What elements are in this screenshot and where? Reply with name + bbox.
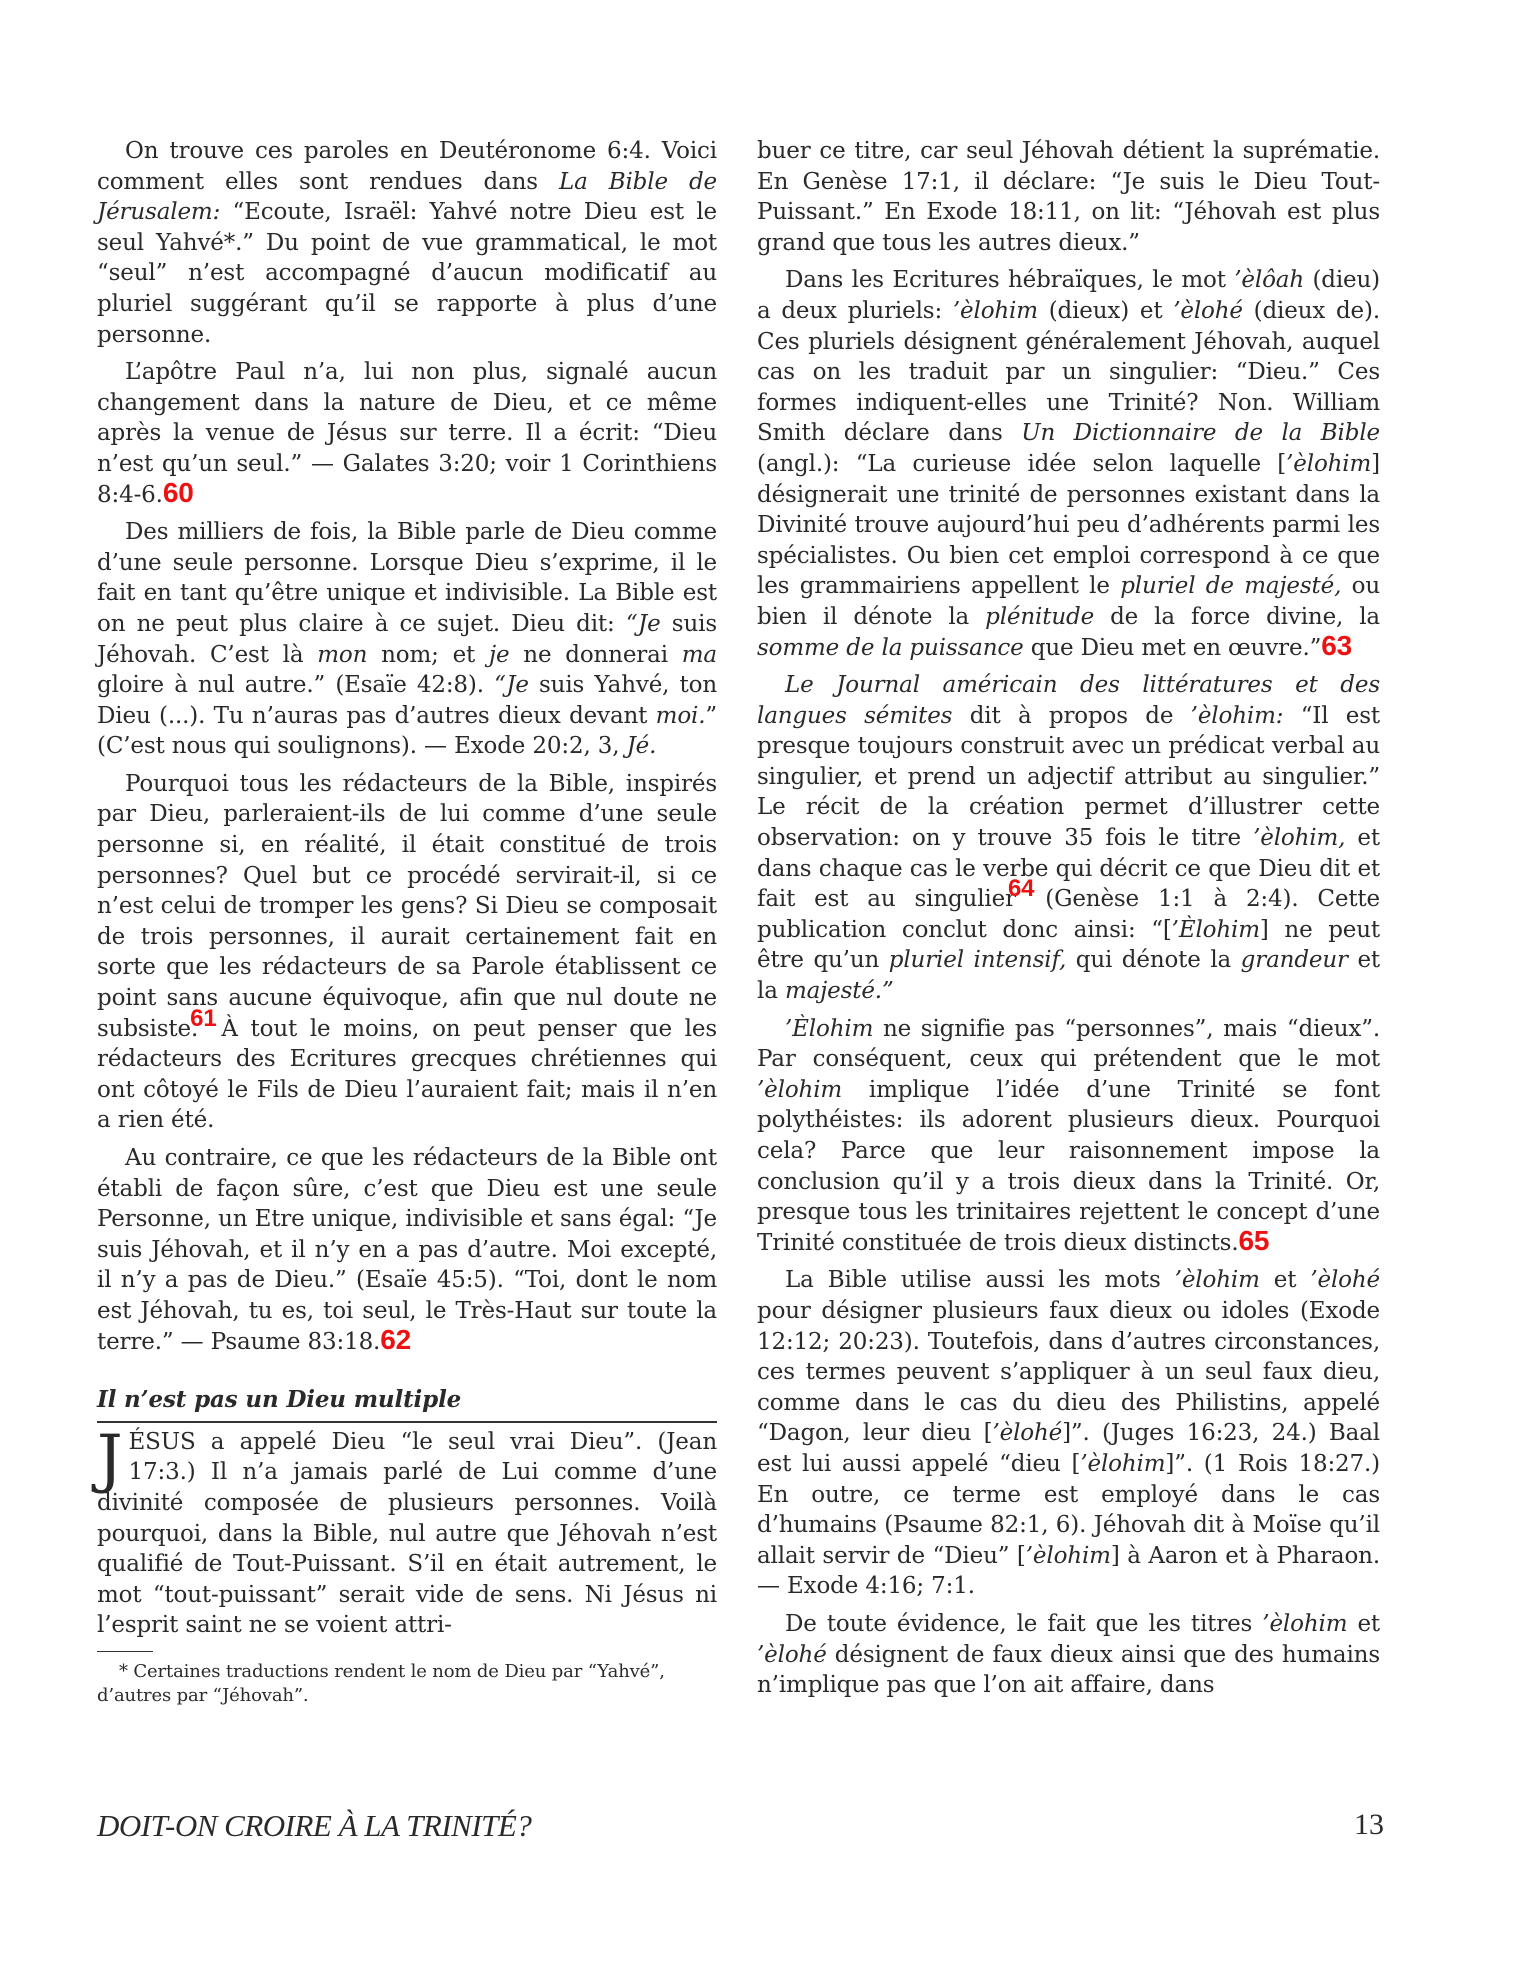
hebrew-term: ’èlôah <box>1234 267 1304 293</box>
annotation-marker: 64 <box>1008 875 1034 902</box>
book-title: Un Dictionnaire de la Bible <box>1021 420 1380 446</box>
text: dit à propos de <box>952 703 1190 729</box>
paragraph: Des milliers de fois, la Bible parle de … <box>97 517 717 762</box>
annotation-marker: 60 <box>163 477 194 508</box>
annotation-marker: 65 <box>1238 1225 1269 1256</box>
text: De toute évidence, le fait que les titre… <box>785 1611 1262 1637</box>
hebrew-term: ’èlohé <box>757 1642 827 1668</box>
hebrew-term: ’èlohim <box>1262 1611 1347 1637</box>
right-column: buer ce titre, car seul Jéhovah détient … <box>757 136 1380 1708</box>
text: nom; et <box>367 642 489 668</box>
annotation-marker: 61 <box>190 1005 216 1032</box>
page-number: 13 <box>1354 1808 1384 1842</box>
text: qui dénote la <box>1066 947 1241 973</box>
paragraph: De toute évidence, le fait que les titre… <box>757 1609 1380 1701</box>
text: et <box>1260 1267 1311 1293</box>
text: Des milliers de fois, la Bible parle de … <box>97 519 717 637</box>
hebrew-term: ’èlohim <box>1026 1543 1111 1569</box>
hebrew-term: ’èlohim <box>1080 1451 1165 1477</box>
emphasis: somme de la puissance <box>757 635 1024 661</box>
emphasis: mon <box>317 642 367 668</box>
footnote: * Certaines traductions rendent le nom d… <box>97 1660 717 1708</box>
text: buer ce titre, car seul Jéhovah détient … <box>757 138 1380 256</box>
paragraph: JÉSUS a appelé Dieu “le seul vrai Dieu”.… <box>97 1427 717 1641</box>
text: Dans les Ecritures hébraïques, le mot <box>785 267 1234 293</box>
emphasis: majesté.” <box>785 978 894 1004</box>
running-footer-title: DOIT-ON CROIRE À LA TRINITÉ? <box>97 1808 531 1844</box>
emphasis: pluriel intensif, <box>889 947 1066 973</box>
emphasis: moi. <box>656 703 706 729</box>
footnote-divider <box>97 1651 153 1652</box>
text: La Bible utilise aussi les mots <box>785 1267 1175 1293</box>
emphasis: plénitude <box>985 604 1094 630</box>
paragraph: buer ce titre, car seul Jéhovah détient … <box>757 136 1380 258</box>
text: ne donnerai <box>509 642 681 668</box>
hebrew-term: ’èlohim <box>1286 451 1371 477</box>
hebrew-term: ’èlohim <box>1175 1267 1260 1293</box>
hebrew-term: ’èlohé <box>1173 298 1243 324</box>
emphasis: grandeur <box>1241 947 1348 973</box>
paragraph: La Bible utilise aussi les mots ’èlohim … <box>757 1265 1380 1602</box>
text: de la force divine, la <box>1094 604 1380 630</box>
drop-cap: J <box>97 1433 123 1485</box>
emphasis: je <box>489 642 509 668</box>
annotation-marker: 62 <box>380 1324 411 1355</box>
text: que Dieu met en œuvre.” <box>1024 635 1322 661</box>
paragraph: Pourquoi tous les rédacteurs de la Bible… <box>97 769 717 1136</box>
hebrew-term: ’èlohim <box>953 298 1038 324</box>
text: (dieux) et <box>1038 298 1173 324</box>
emphasis: “Je <box>494 672 529 698</box>
paragraph: Dans les Ecritures hébraïques, le mot ’è… <box>757 265 1380 663</box>
text: désignent de faux dieux ainsi que des hu… <box>757 1642 1380 1699</box>
text: et <box>1347 1611 1380 1637</box>
left-column: On trouve ces paroles en Deutéronome 6:4… <box>97 136 717 1708</box>
paragraph: ’Èlohim ne signifie pas “personnes”, mai… <box>757 1014 1380 1259</box>
annotation-marker: 63 <box>1321 630 1352 661</box>
text: ÉSUS a appelé Dieu “le seul vrai Dieu”. … <box>97 1429 717 1639</box>
section-heading: Il n’est pas un Dieu multiple <box>97 1385 717 1423</box>
paragraph: On trouve ces paroles en Deutéronome 6:4… <box>97 136 717 350</box>
hebrew-term: ’èlohim <box>757 1077 842 1103</box>
paragraph: Le Journal américain des littératures et… <box>757 670 1380 1007</box>
emphasis: ma <box>682 642 717 668</box>
text: Pourquoi tous les rédacteurs de la Bible… <box>97 771 717 1042</box>
hebrew-term: ’èlohé <box>1310 1267 1380 1293</box>
text: (angl.): “La curieuse idée selon laquell… <box>757 451 1286 477</box>
paragraph: Au contraire, ce que les rédacteurs de l… <box>97 1143 717 1357</box>
hebrew-term: ’Èlohim <box>785 1016 873 1042</box>
emphasis: pluriel de majesté, <box>1120 573 1341 599</box>
emphasis: “Je <box>626 611 661 637</box>
hebrew-term: ’Èlohim <box>1172 917 1260 943</box>
paragraph: L’apôtre Paul n’a, lui non plus, signalé… <box>97 357 717 510</box>
hebrew-term: ’èlohé <box>992 1420 1062 1446</box>
hebrew-term: ’èlohim, <box>1253 825 1345 851</box>
emphasis: Jé. <box>627 733 657 759</box>
text: implique l’idée d’une Trinité se font po… <box>757 1077 1380 1256</box>
text: gloire à nul autre.” (Esaïe 42:8). <box>97 672 494 698</box>
hebrew-term: ’èlohim: <box>1191 703 1284 729</box>
